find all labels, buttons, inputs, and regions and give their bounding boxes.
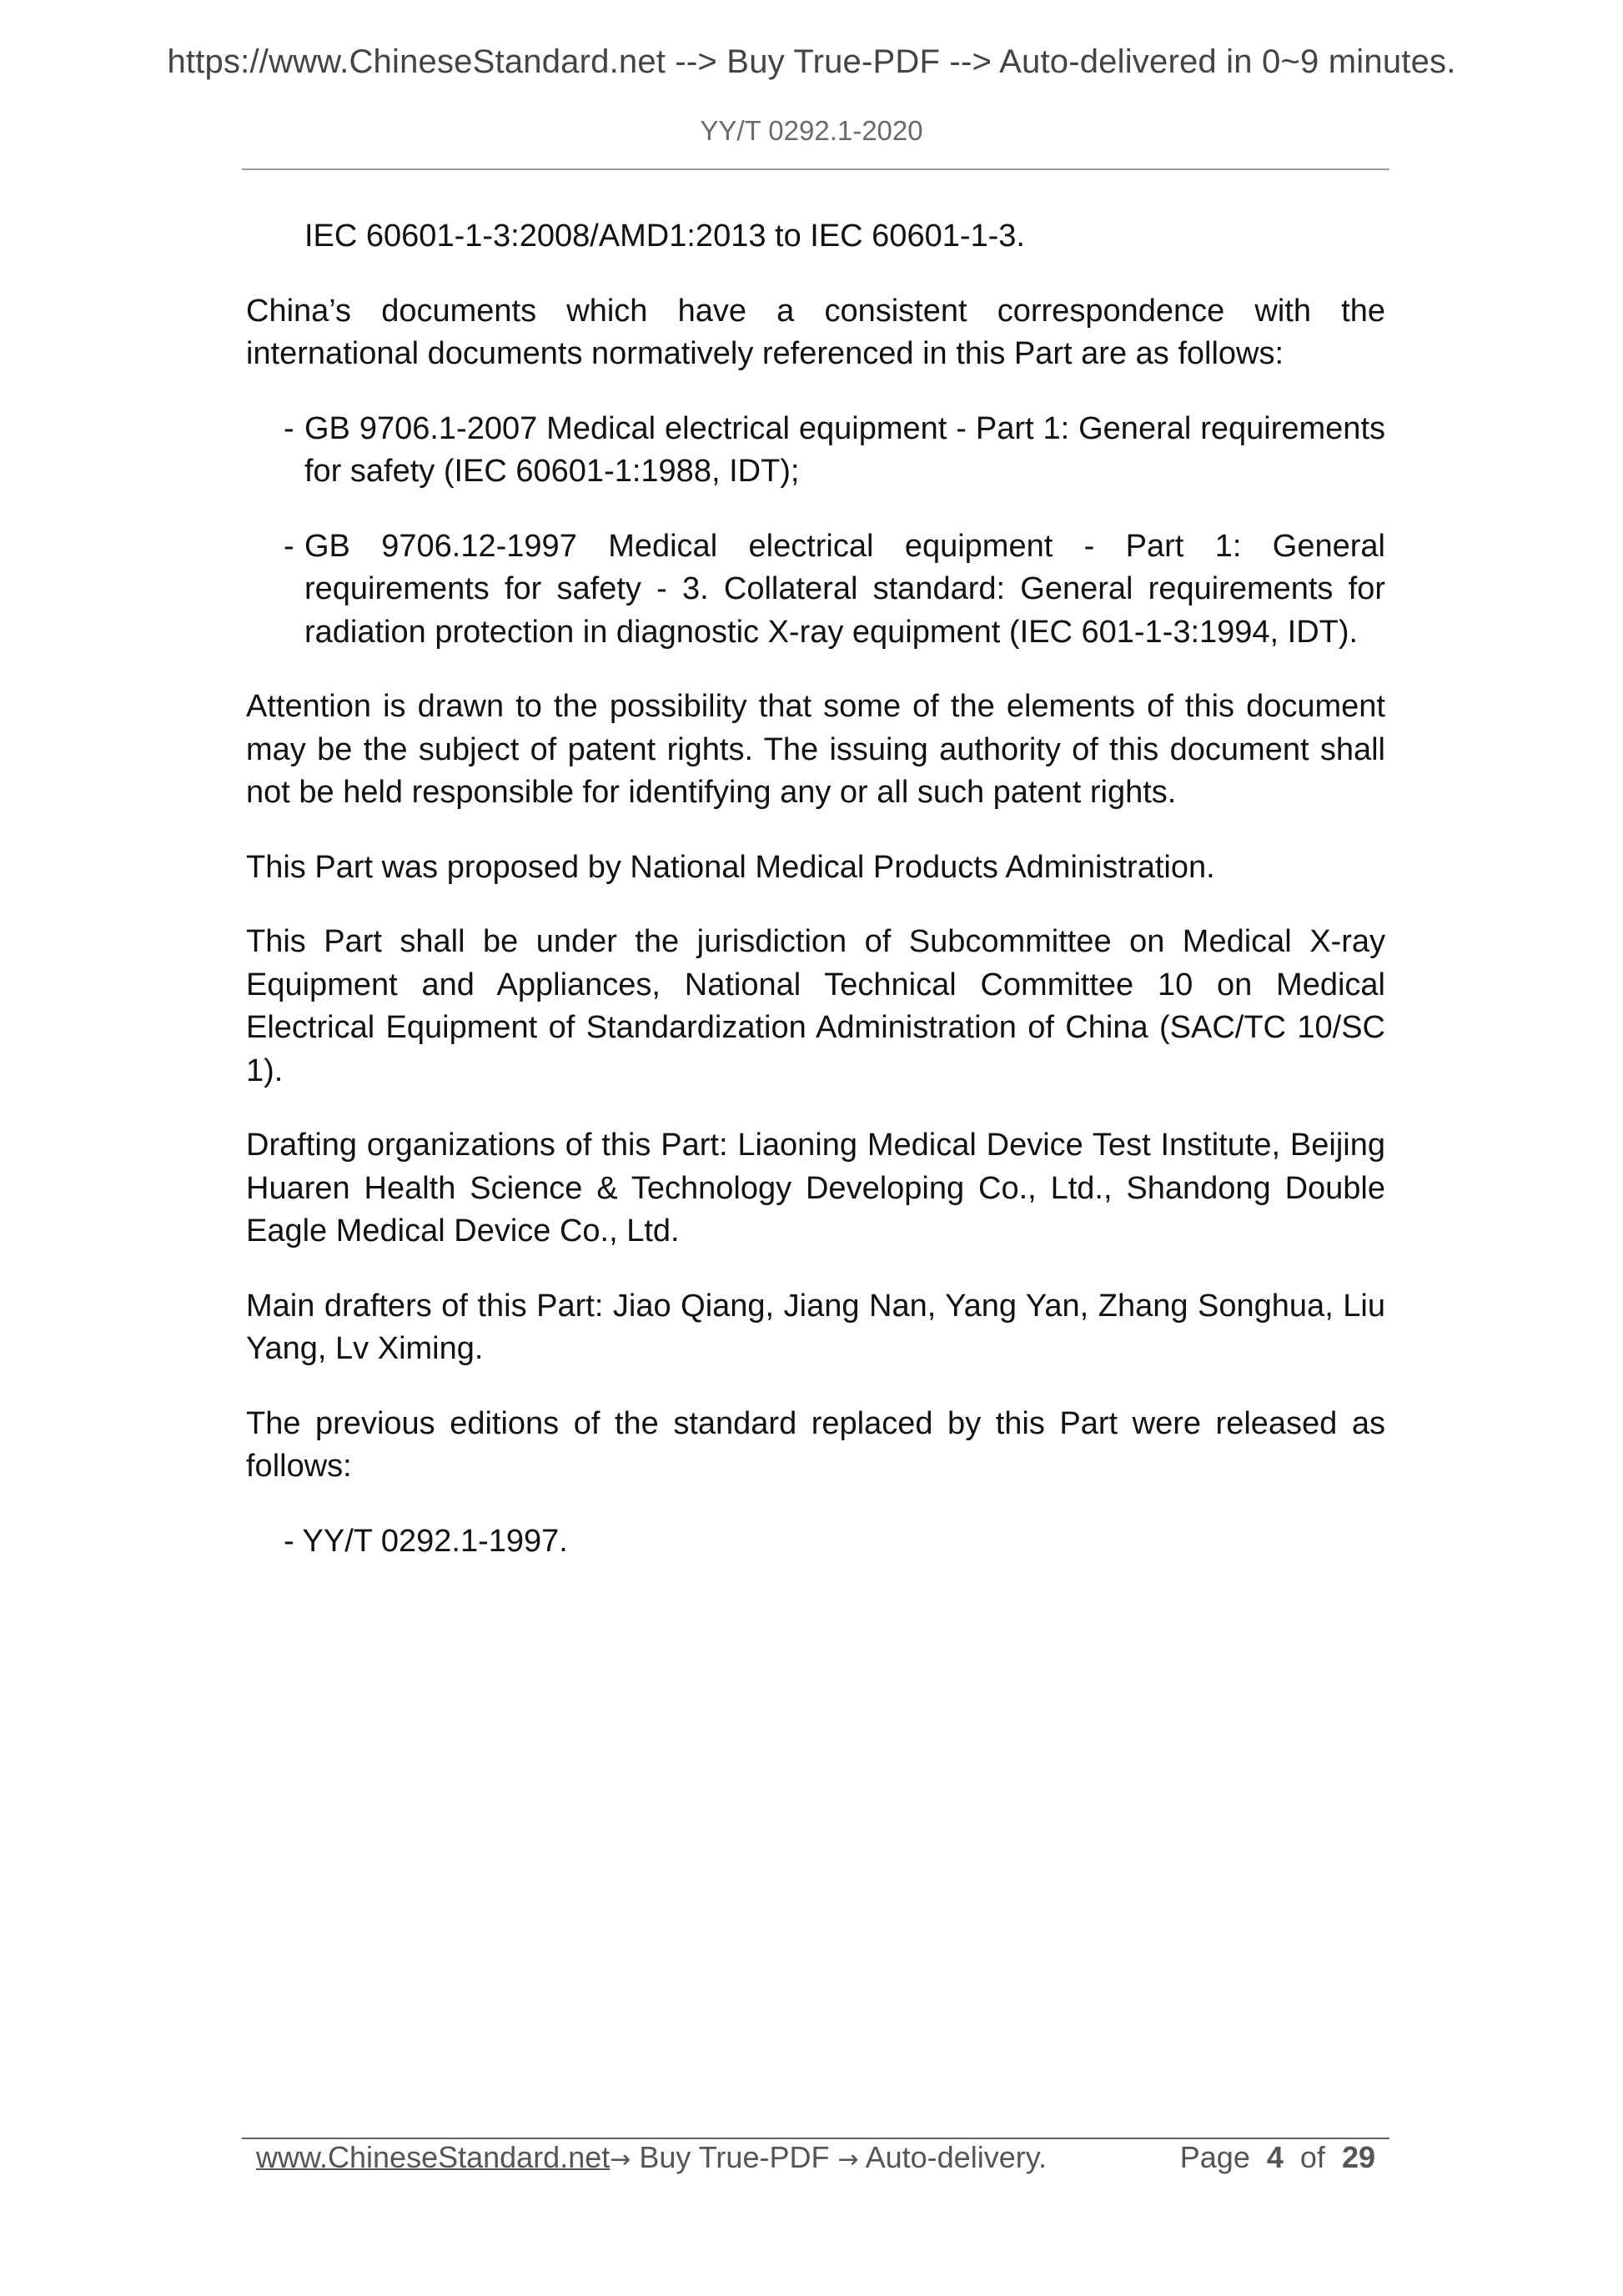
page-label: Page	[1180, 2140, 1250, 2174]
footer-divider	[242, 2138, 1389, 2139]
jurisdiction: This Part shall be under the jurisdictio…	[246, 921, 1385, 1093]
main-drafters: Main drafters of this Part: Jiao Qiang, …	[246, 1285, 1385, 1371]
reference-item: - GB 9706.12-1997 Medical electrical equ…	[246, 525, 1385, 655]
previous-edition-item: - YY/T 0292.1-1997.	[246, 1520, 1385, 1564]
footer-promo: www.ChineseStandard.net→ Buy True-PDF → …	[256, 2140, 1047, 2175]
standard-code: YY/T 0292.1-2020	[0, 115, 1623, 147]
delivery-text: Auto-delivery.	[859, 2140, 1047, 2174]
continuation-text: IEC 60601-1-3:2008/AMD1:2013 to IEC 6060…	[246, 215, 1385, 259]
drafting-organizations: Drafting organizations of this Part: Lia…	[246, 1124, 1385, 1254]
page-of: of	[1300, 2140, 1325, 2174]
patent-notice: Attention is drawn to the possibility th…	[246, 686, 1385, 815]
reference-item: - GB 9706.1-2007 Medical electrical equi…	[246, 408, 1385, 494]
header-divider	[242, 168, 1389, 170]
footer: www.ChineseStandard.net→ Buy True-PDF → …	[256, 2140, 1382, 2175]
reference-text: GB 9706.1-2007 Medical electrical equipm…	[304, 411, 1385, 490]
document-body: IEC 60601-1-3:2008/AMD1:2013 to IEC 6060…	[246, 215, 1385, 1595]
buy-text: Buy True-PDF	[631, 2140, 837, 2174]
list-bullet: -	[284, 408, 294, 451]
page-current: 4	[1267, 2140, 1284, 2174]
page-indicator: Page 4 of 29	[1180, 2140, 1375, 2175]
arrow-right-icon: →	[610, 2145, 631, 2174]
previous-editions-intro: The previous editions of the standard re…	[246, 1403, 1385, 1489]
list-bullet: -	[284, 525, 294, 569]
intro-paragraph: China’s documents which have a consisten…	[246, 290, 1385, 376]
page-total: 29	[1342, 2140, 1375, 2174]
reference-text: GB 9706.12-1997 Medical electrical equip…	[304, 529, 1385, 650]
proposed-by: This Part was proposed by National Medic…	[246, 847, 1385, 890]
header-banner: https://www.ChineseStandard.net --> Buy …	[0, 43, 1623, 81]
site-link[interactable]: www.ChineseStandard.net	[256, 2140, 610, 2174]
arrow-right-icon: →	[837, 2145, 858, 2174]
